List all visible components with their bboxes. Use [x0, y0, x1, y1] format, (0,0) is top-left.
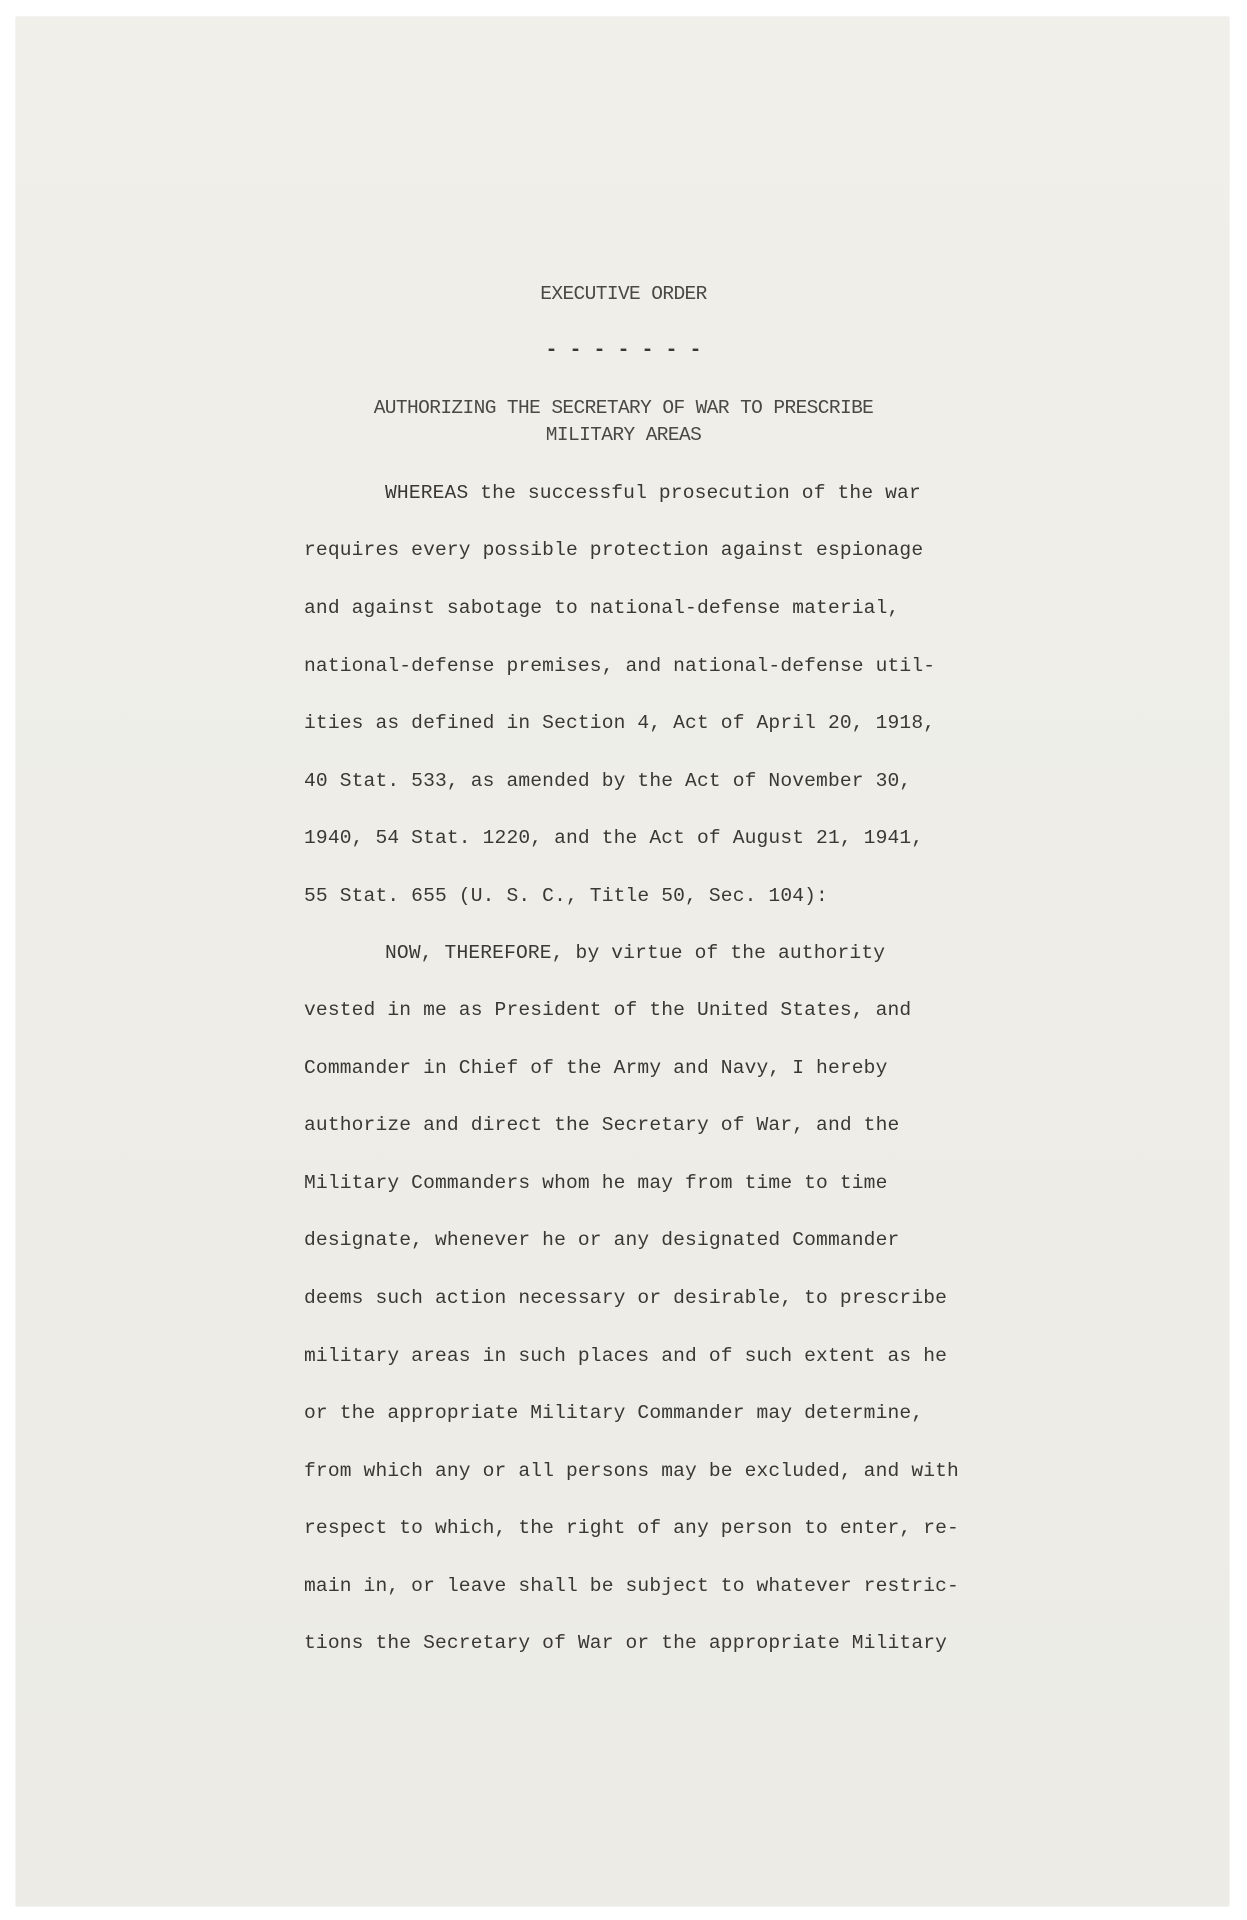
paragraph-2-line: tions the Secretary of War or the approp… [304, 1631, 947, 1655]
subtitle-line-2: MILITARY AREAS [0, 423, 1247, 447]
paragraph-2-line: designate, whenever he or any designated… [304, 1228, 899, 1252]
title-separator: - - - - - - - [0, 339, 1247, 363]
paragraph-1-line: 55 Stat. 655 (U. S. C., Title 50, Sec. 1… [304, 884, 828, 908]
paragraph-2-line: from which any or all persons may be exc… [304, 1459, 959, 1483]
paragraph-2-line: Commander in Chief of the Army and Navy,… [304, 1056, 888, 1080]
paragraph-2-line: vested in me as President of the United … [304, 998, 911, 1022]
paragraph-1-line: 1940, 54 Stat. 1220, and the Act of Augu… [304, 826, 923, 850]
subtitle-line-1: AUTHORIZING THE SECRETARY OF WAR TO PRES… [0, 396, 1247, 420]
paragraph-1-line: 40 Stat. 533, as amended by the Act of N… [304, 769, 911, 793]
paragraph-2-line: or the appropriate Military Commander ma… [304, 1401, 923, 1425]
paragraph-2-line: main in, or leave shall be subject to wh… [304, 1574, 959, 1598]
paragraph-2-line: Military Commanders whom he may from tim… [304, 1171, 888, 1195]
paragraph-1-line: ities as defined in Section 4, Act of Ap… [304, 711, 935, 735]
paragraph-2-line: respect to which, the right of any perso… [304, 1516, 959, 1540]
document-title: EXECUTIVE ORDER [0, 282, 1247, 306]
paragraph-1-line: WHEREAS the successful prosecution of th… [385, 481, 921, 505]
paragraph-1-line: and against sabotage to national-defense… [304, 596, 899, 620]
paragraph-2-line: military areas in such places and of suc… [304, 1344, 947, 1368]
paragraph-2-line: deems such action necessary or desirable… [304, 1286, 947, 1310]
paragraph-2-line: NOW, THEREFORE, by virtue of the authori… [385, 941, 885, 965]
paragraph-1-line: national-defense premises, and national-… [304, 654, 935, 678]
paragraph-1-line: requires every possible protection again… [304, 538, 923, 562]
paragraph-2-line: authorize and direct the Secretary of Wa… [304, 1113, 899, 1137]
